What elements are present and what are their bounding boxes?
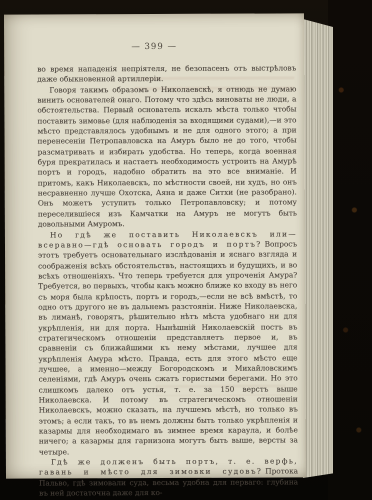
- paragraph-continuation: во время нападенія непріятеля, не безопа…: [37, 63, 296, 85]
- book-photo: — 399 — во время нападенія непріятеля, н…: [0, 0, 372, 500]
- paragraph-body: во время нападенія непріятеля, не безопа…: [37, 63, 296, 83]
- text-block: во время нападенія непріятеля, не безопа…: [37, 63, 298, 499]
- book-page: — 399 — во время нападенія непріятеля, н…: [4, 13, 306, 478]
- paragraph-body: Говоря такимъ образомъ о Николаевскѣ, я …: [37, 84, 297, 229]
- page-number: — 399 —: [4, 41, 304, 52]
- paragraph-body: Вопросъ этотъ требуетъ основательнаго из…: [38, 239, 298, 456]
- paragraph-lead-emphasis: Но гдѣ же поставить Николаевскъ или—всер…: [38, 229, 297, 249]
- page-fore-edge-stack: [303, 16, 333, 478]
- paragraph: Гдѣ же долженъ быть портъ, т. е. верфь, …: [39, 456, 298, 499]
- paragraph-lead-emphasis: Гдѣ же долженъ быть портъ, т. е. верфь, …: [39, 456, 298, 476]
- paragraph: Говоря такимъ образомъ о Николаевскѣ, я …: [37, 84, 297, 230]
- book-cover-edge: [328, 0, 372, 500]
- paragraph: Но гдѣ же поставить Николаевскъ или—всер…: [38, 229, 298, 458]
